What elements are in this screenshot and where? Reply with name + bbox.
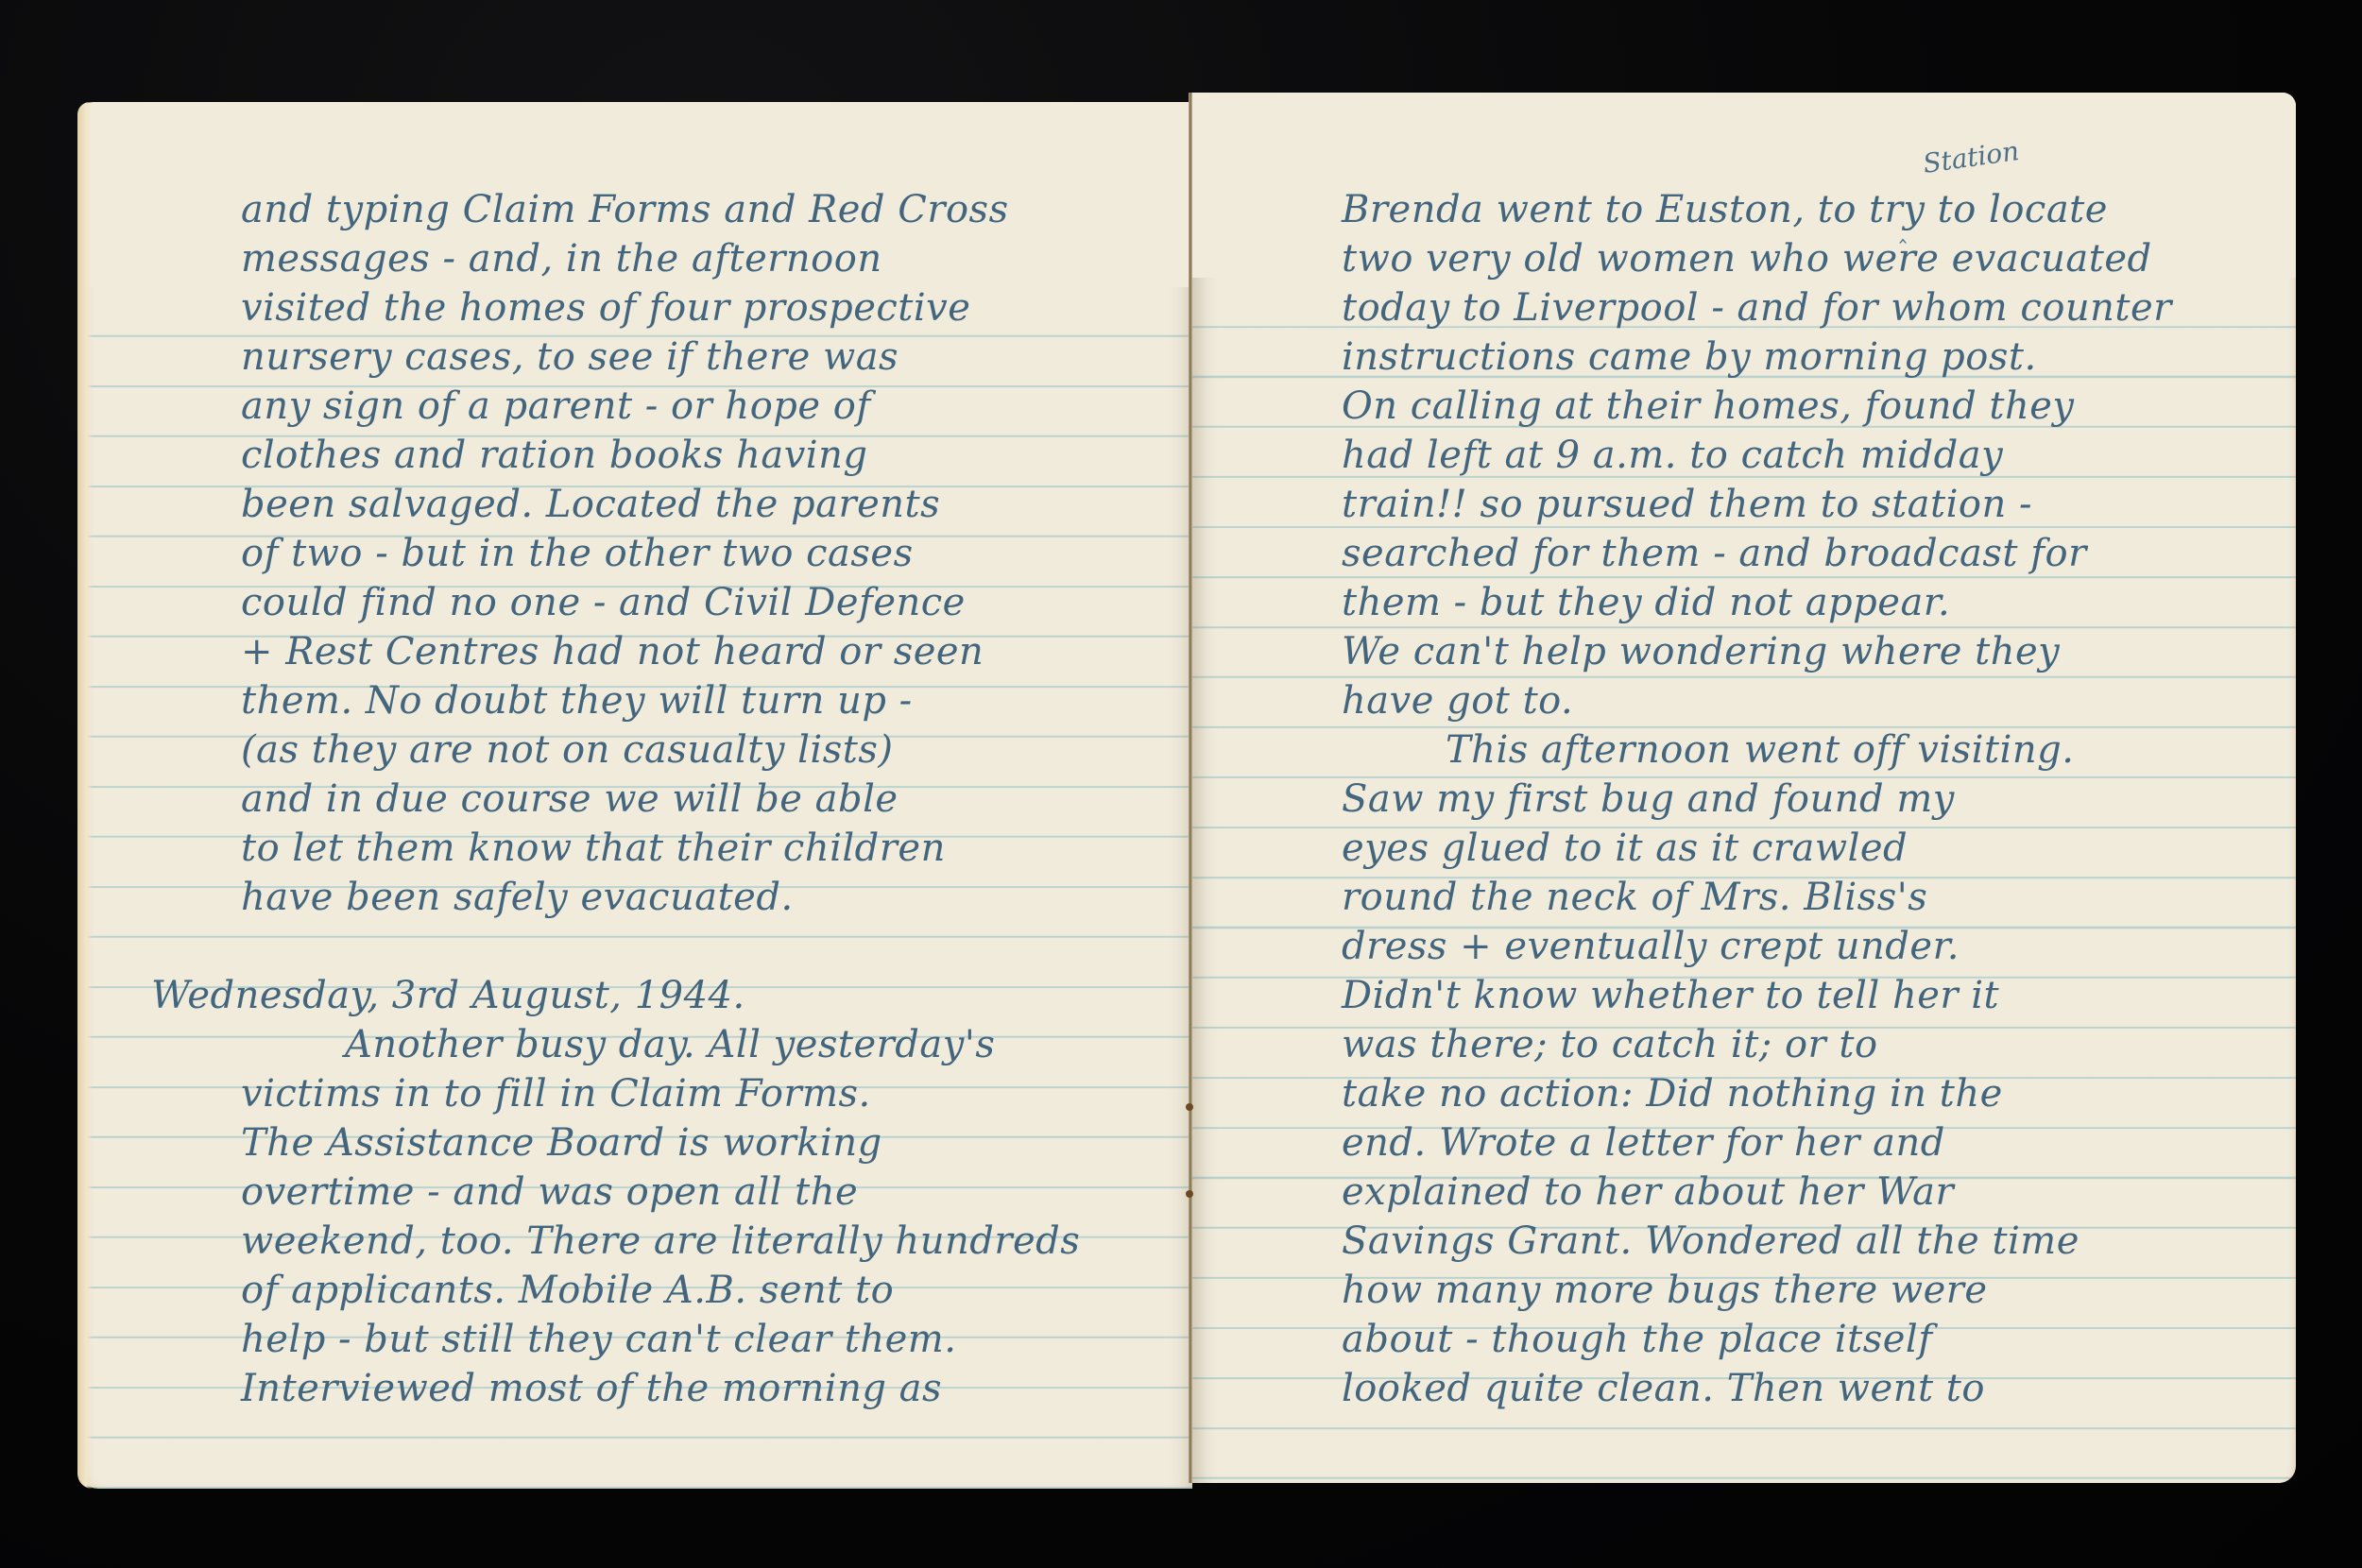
staple-bottom (1186, 1190, 1193, 1198)
text-line: of two - but in the other two cases (241, 529, 1080, 578)
entry-date-heading: Wednesday, 3rd August, 1944. (151, 971, 1080, 1020)
text-line: end. Wrote a letter for her and (1342, 1118, 2172, 1167)
text-line: Savings Grant. Wondered all the time (1342, 1217, 2172, 1266)
text-line: victims in to fill in Claim Forms. (241, 1069, 1080, 1118)
text-line: train!! so pursued them to station - (1342, 480, 2172, 529)
text-line: (as they are not on casualty lists) (241, 725, 1080, 775)
text-line: been salvaged. Located the parents (241, 480, 1080, 529)
text-line: Brenda went to Euston, to try to locate (1342, 185, 2172, 234)
text-line: + Rest Centres had not heard or seen (241, 627, 1080, 676)
text-line: any sign of a parent - or hope of (241, 382, 1080, 431)
text-line: On calling at their homes, found they (1342, 382, 2172, 431)
text-line: clothes and ration books having (241, 431, 1080, 480)
right-page-text: Brenda went to Euston, to try to locate … (1342, 185, 2172, 1413)
text-line: have got to. (1342, 676, 2172, 725)
text-line: was there; to catch it; or to (1342, 1020, 2172, 1069)
text-line: eyes glued to it as it crawled (1342, 824, 2172, 873)
text-line: and in due course we will be able (241, 775, 1080, 824)
text-line: We can't help wondering where they (1342, 627, 2172, 676)
text-line: looked quite clean. Then went to (1342, 1364, 2172, 1413)
text-line: overtime - and was open all the (241, 1167, 1080, 1217)
text-line: The Assistance Board is working (241, 1118, 1080, 1167)
text-line: dress + eventually crept under. (1342, 922, 2172, 971)
text-line: instructions came by morning post. (1342, 332, 2172, 382)
text-line: visited the homes of four prospective (241, 283, 1080, 332)
left-page-edge (77, 102, 93, 1489)
notebook-spine (1189, 93, 1192, 1483)
text-line: and typing Claim Forms and Red Cross (241, 185, 1080, 234)
text-line: two very old women who were evacuated (1342, 234, 2172, 283)
text-line: about - though the place itself (1342, 1315, 2172, 1364)
text-line: today to Liverpool - and for whom counte… (1342, 283, 2172, 332)
text-line: them - but they did not appear. (1342, 578, 2172, 627)
text-line: Didn't know whether to tell her it (1342, 971, 2172, 1020)
text-line: weekend, too. There are literally hundre… (241, 1217, 1080, 1266)
text-line: Saw my first bug and found my (1342, 775, 2172, 824)
text-line: have been safely evacuated. (241, 873, 1080, 922)
text-line: them. No doubt they will turn up - (241, 676, 1080, 725)
text-line: This afternoon went off visiting. (1342, 725, 2172, 775)
text-line: round the neck of Mrs. Bliss's (1342, 873, 2172, 922)
text-line: messages - and, in the afternoon (241, 234, 1080, 283)
text-line: Another busy day. All yesterday's (241, 1020, 1080, 1069)
left-page-text: and typing Claim Forms and Red Cross mes… (241, 185, 1080, 1413)
text-line: searched for them - and broadcast for (1342, 529, 2172, 578)
text-line: explained to her about her War (1342, 1167, 2172, 1217)
text-line: how many more bugs there were (1342, 1266, 2172, 1315)
text-line: nursery cases, to see if there was (241, 332, 1080, 382)
staple-top (1186, 1103, 1193, 1111)
text-line: had left at 9 a.m. to catch midday (1342, 431, 2172, 480)
blank-line (241, 922, 1080, 971)
text-line: Interviewed most of the morning as (241, 1364, 1080, 1413)
text-line: help - but still they can't clear them. (241, 1315, 1080, 1364)
text-line: could find no one - and Civil Defence (241, 578, 1080, 627)
text-line: of applicants. Mobile A.B. sent to (241, 1266, 1080, 1315)
text-line: to let them know that their children (241, 824, 1080, 873)
text-line: take no action: Did nothing in the (1342, 1069, 2172, 1118)
